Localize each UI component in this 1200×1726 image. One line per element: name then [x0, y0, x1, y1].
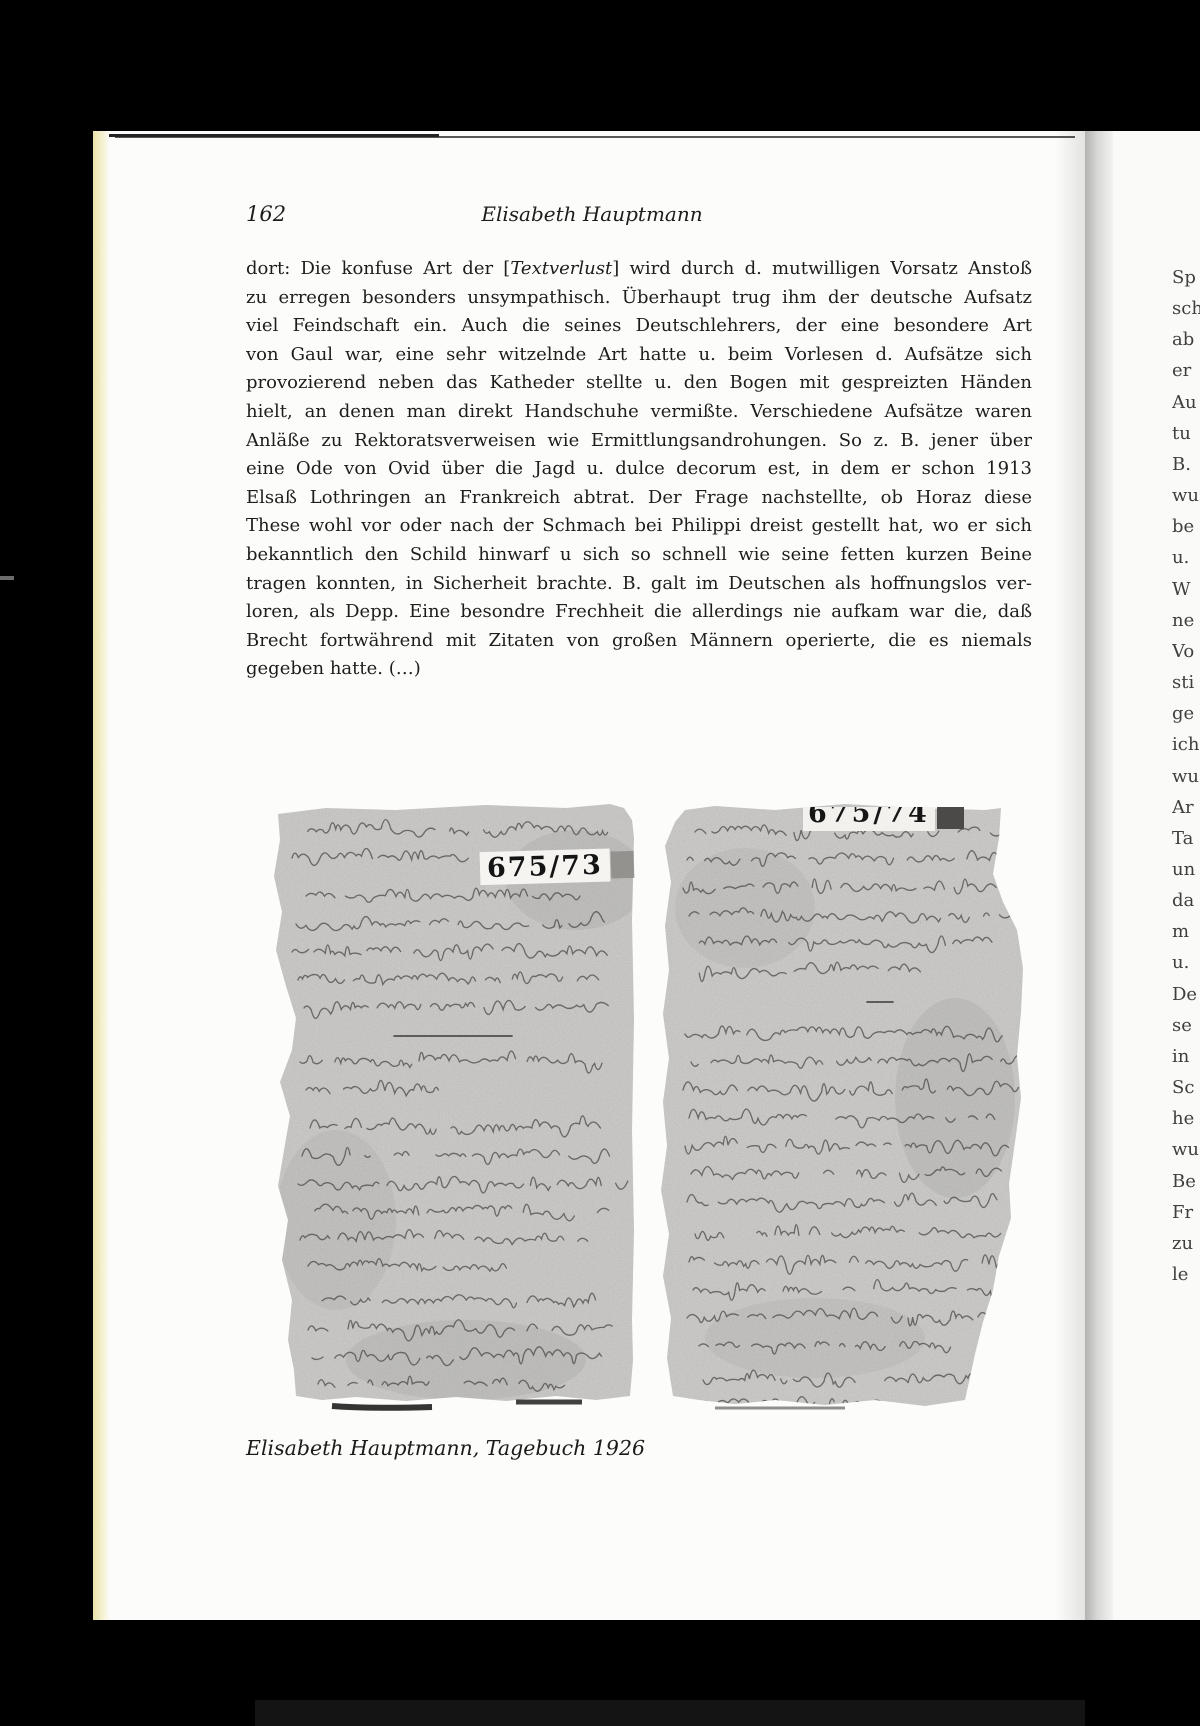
- next-page-text-fragment: De: [1172, 979, 1200, 1010]
- diary-scan-right-image: [655, 798, 1027, 1416]
- next-page-text-fragment: sti: [1172, 667, 1200, 698]
- next-page-text-fragment: be: [1172, 511, 1200, 542]
- next-page-text-fragment: ab: [1172, 324, 1200, 355]
- body-line: loren, als Depp. Eine besondre Frechheit…: [246, 598, 1032, 627]
- figure-caption: Elisabeth Hauptmann, Tagebuch 1926: [246, 1436, 645, 1460]
- next-page-text-fragment: m: [1172, 916, 1200, 947]
- next-page-text-fragment: wu: [1172, 761, 1200, 792]
- next-page-text-fragment: Sc: [1172, 1072, 1200, 1103]
- stamp-smear: [610, 851, 634, 879]
- next-page-text-fragment: sch: [1172, 293, 1200, 324]
- scan-artifact-dash: [0, 576, 14, 580]
- next-page-text-fragment: W: [1172, 574, 1200, 605]
- body-line: hielt, an denen man direkt Handschuhe ve…: [246, 398, 1032, 427]
- figure-right-diary-page: 675/74: [655, 798, 1027, 1416]
- page-curl-shade: [1055, 131, 1085, 1620]
- page-edge-tint: [93, 131, 110, 1620]
- body-line-text: dort: Die konfuse Art der [: [246, 258, 510, 279]
- next-page-text-fragment: tu: [1172, 418, 1200, 449]
- page-top-shadow-line: [115, 136, 1075, 138]
- body-line: These wohl vor oder nach der Schmach bei…: [246, 512, 1032, 541]
- body-line: Elsaß Lothringen an Frankreich abtrat. D…: [246, 484, 1032, 513]
- next-page-sliver: SpschaberAutuB.wubeu.WneVostigeichwuArTa…: [1113, 131, 1200, 1620]
- page-number: 162: [246, 202, 286, 226]
- body-line: eine Ode von Ovid über die Jagd u. dulce…: [246, 455, 1032, 484]
- next-page-text-fragment: Au: [1172, 387, 1200, 418]
- next-page-text-fragment: in: [1172, 1041, 1200, 1072]
- next-page-text-fragment: Ar: [1172, 792, 1200, 823]
- body-line: zu erregen besonders unsympathisch. Über…: [246, 284, 1032, 313]
- next-page-text-fragment: Vo: [1172, 636, 1200, 667]
- body-line: Brecht fortwährend mit Zitaten von große…: [246, 627, 1032, 656]
- next-page-text-fragment: Sp: [1172, 262, 1200, 293]
- bottom-scan-band: [255, 1700, 1085, 1726]
- next-page-text-fragment: wu: [1172, 480, 1200, 511]
- archive-stamp-left-number: 675/73: [480, 849, 611, 886]
- next-page-text-fragment: ge: [1172, 698, 1200, 729]
- next-page-text-fragment: Fr: [1172, 1197, 1200, 1228]
- next-page-text-fragment: un: [1172, 854, 1200, 885]
- archive-stamp-left: 675/73: [480, 848, 635, 885]
- body-line: bekanntlich den Schild hinwarf u sich so…: [246, 541, 1032, 570]
- next-page-text-fragment: ne: [1172, 605, 1200, 636]
- archive-stamp-right-label: 675/74: [803, 807, 935, 831]
- body-line: von Gaul war, eine sehr witzelnde Art ha…: [246, 341, 1032, 370]
- body-line-italic: Textverlust: [510, 258, 612, 279]
- next-page-text-column: SpschaberAutuB.wubeu.WneVostigeichwuArTa…: [1172, 262, 1200, 1290]
- body-line: tragen konnten, in Sicherheit brachte. B…: [246, 570, 1032, 599]
- body-line: viel Feindschaft ein. Auch die seines De…: [246, 312, 1032, 341]
- body-line: Anläße zu Rektoratsverweisen wie Ermittl…: [246, 427, 1032, 456]
- next-page-text-fragment: u.: [1172, 542, 1200, 573]
- archive-stamp-right-number: 675/74: [808, 807, 930, 829]
- body-paragraph: dort: Die konfuse Art der [Textverlust] …: [246, 255, 1032, 684]
- figure-left-diary-page: 675/73: [266, 800, 638, 1416]
- scan-smudge: [332, 1406, 432, 1408]
- next-page-text-fragment: da: [1172, 885, 1200, 916]
- running-header: Elisabeth Hauptmann: [246, 202, 938, 226]
- next-page-text-fragment: Be: [1172, 1166, 1200, 1197]
- next-page-text-fragment: le: [1172, 1259, 1200, 1290]
- running-header-row: 162 Elisabeth Hauptmann: [246, 202, 938, 232]
- next-page-text-fragment: er: [1172, 355, 1200, 386]
- next-page-text-fragment: he: [1172, 1103, 1200, 1134]
- next-page-text-fragment: wu: [1172, 1134, 1200, 1165]
- next-page-text-fragment: zu: [1172, 1228, 1200, 1259]
- next-page-text-fragment: Ta: [1172, 823, 1200, 854]
- archive-stamp-right: 675/74: [803, 807, 964, 831]
- body-line: provozierend neben das Katheder stellte …: [246, 369, 1032, 398]
- book-page: 162 Elisabeth Hauptmann dort: Die konfus…: [93, 131, 1085, 1620]
- book-gutter: [1085, 131, 1113, 1620]
- diary-scan-left-image: [266, 800, 638, 1416]
- body-line: gegeben hatte. (…): [246, 655, 1032, 684]
- book-scan: 162 Elisabeth Hauptmann dort: Die konfus…: [0, 0, 1200, 1726]
- next-page-text-fragment: u.: [1172, 947, 1200, 978]
- body-line: dort: Die konfuse Art der [Textverlust] …: [246, 255, 1032, 284]
- next-page-text-fragment: ich: [1172, 729, 1200, 760]
- next-page-text-fragment: B.: [1172, 449, 1200, 480]
- stamp-smear: [937, 807, 964, 829]
- body-line-text: ] wird durch d. mutwilligen Vorsatz Anst…: [612, 258, 1032, 279]
- next-page-text-fragment: se: [1172, 1010, 1200, 1041]
